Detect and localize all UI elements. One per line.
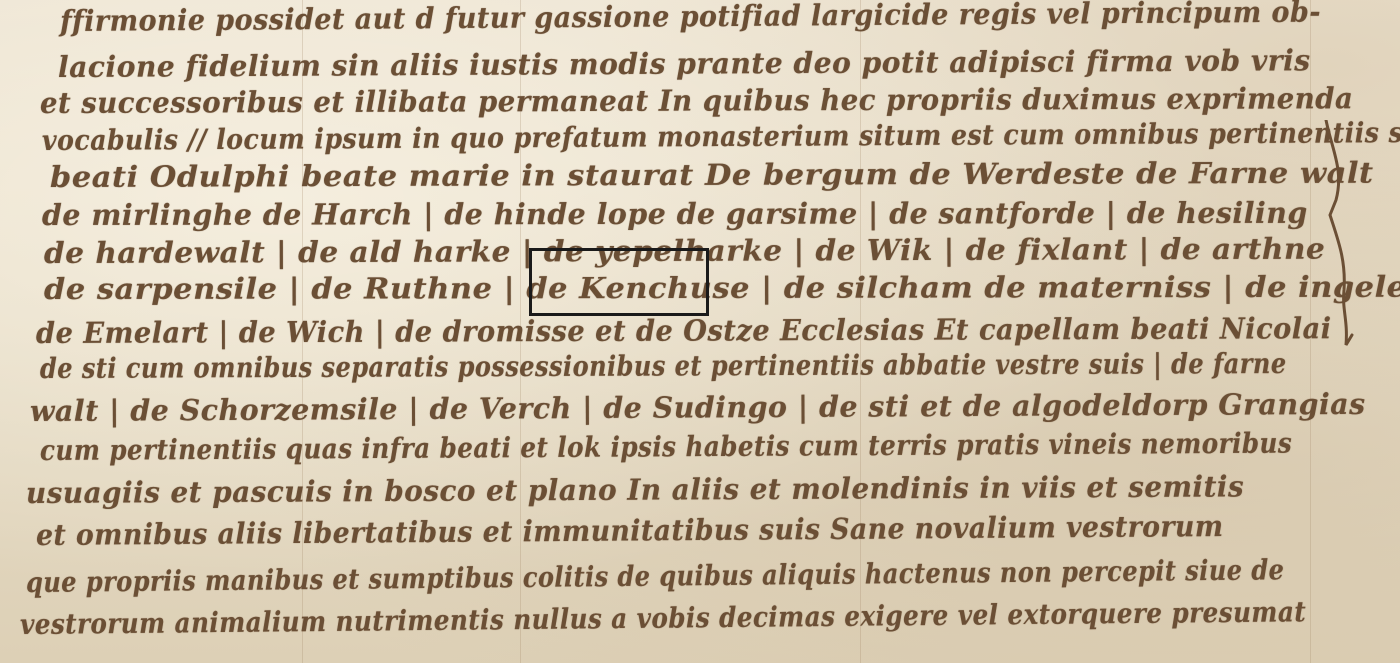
highlight-box (529, 248, 709, 316)
text-line-4: vocabulis // locum ipsum in quo prefatum… (42, 116, 1400, 157)
margin-bracket-icon (1318, 120, 1358, 360)
text-line-13: usuagiis et pascuis in bosco et plano In… (26, 469, 1244, 510)
text-line-5: beati Odulphi beate marie in staurat De … (50, 156, 1374, 194)
text-line-16: vestrorum animalium nutrimentis nullus a… (20, 595, 1306, 641)
manuscript-page: ffirmonie possidet aut d futur gassione … (0, 0, 1400, 663)
text-line-8: de sarpensile | de Ruthne | de Kenchuse … (44, 270, 1400, 306)
text-line-10: de sti cum omnibus separatis possessioni… (40, 347, 1287, 385)
text-line-1: ffirmonie possidet aut d futur gassione … (60, 0, 1321, 38)
text-line-11: walt | de Schorzemsile | de Verch | de S… (30, 387, 1366, 428)
text-line-12: cum pertinentiis quas infra beati et lok… (40, 427, 1292, 467)
text-line-9: de Emelart | de Wich | de dromisse et de… (36, 311, 1332, 350)
text-line-15: que propriis manibus et sumptibus coliti… (26, 553, 1285, 599)
text-line-2: lacione fidelium sin aliis iustis modis … (58, 43, 1311, 84)
text-line-14: et omnibus aliis libertatibus et immunit… (36, 509, 1224, 552)
text-line-6: de mirlinghe de Harch | de hinde lope de… (42, 196, 1308, 232)
text-line-3: et successoribus et illibata permaneat I… (40, 81, 1353, 120)
